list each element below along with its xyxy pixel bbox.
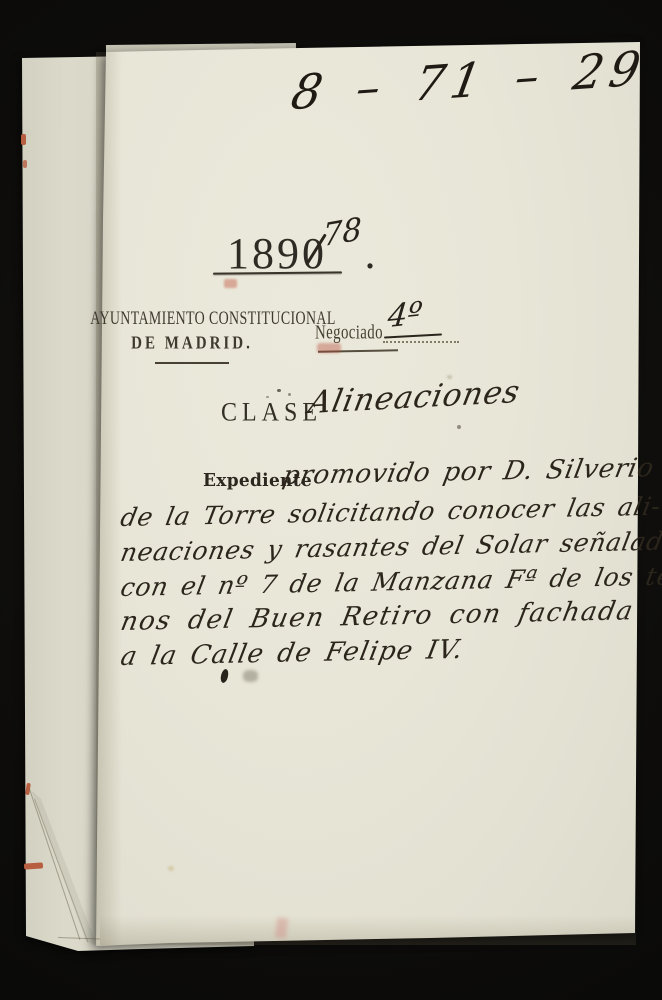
ink-speck: [277, 389, 281, 392]
ink-smudge: [243, 670, 258, 682]
year-period: .: [364, 232, 375, 276]
page-bottom-shadow: [100, 915, 636, 945]
year-printed-prefix: 189: [227, 232, 302, 276]
ink-speck: [457, 425, 461, 429]
foxing-spot: [447, 375, 452, 379]
letterhead-line1: AYUNTAMIENTO CONSTITUCIONAL: [90, 308, 294, 330]
foxing-spot: [168, 866, 174, 871]
letterhead-rule: [155, 362, 229, 364]
red-ink-mark: [224, 279, 237, 288]
letterhead: AYUNTAMIENTO CONSTITUCIONAL DE MADRID.: [86, 311, 298, 364]
negociado-value-handwritten: 4º: [386, 295, 424, 335]
year-block: 189 0 78 .: [227, 218, 375, 276]
scanner-background: 8 – 71 – 29 189 0 78 . AYUNTAMIENTO CONS…: [0, 0, 662, 1000]
negociado-dotted-line: [383, 341, 459, 343]
letterhead-line2: DE MADRID.: [86, 334, 298, 354]
year-handwritten-correction: 78: [323, 211, 362, 254]
negociado-label: Negociado: [315, 322, 383, 345]
page-left-shadow: [96, 52, 122, 946]
ink-speck: [266, 396, 269, 398]
ink-speck: [288, 393, 291, 396]
red-ink-smudge: [317, 343, 341, 353]
